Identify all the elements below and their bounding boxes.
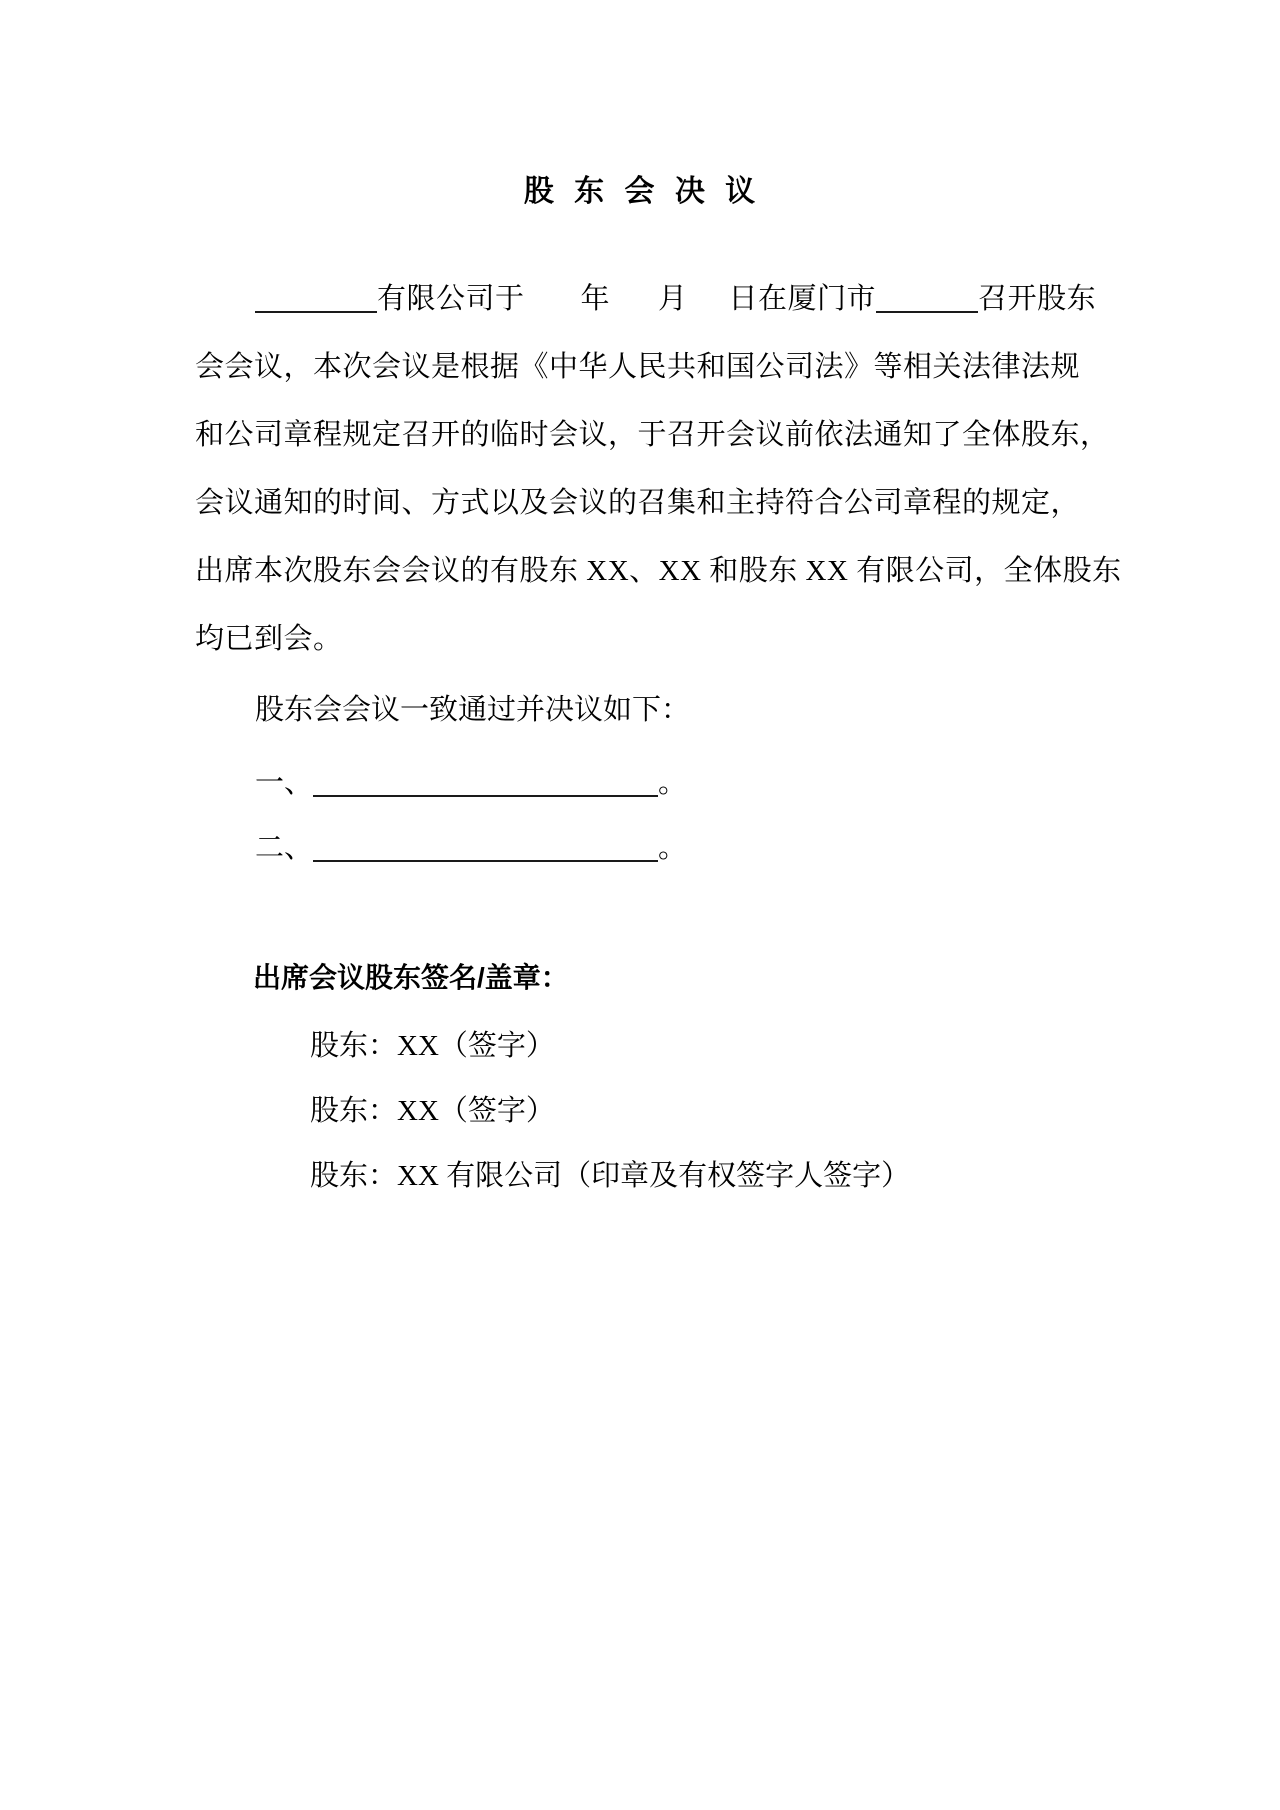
company-name-blank <box>255 285 377 313</box>
intro-line1-tail: 召开股东 <box>978 283 1096 315</box>
resolution-intro: 股东会会议一致通过并决议如下： <box>195 676 1090 744</box>
intro-line-2: 会会议，本次会议是根据《中华人民共和国公司法》等相关法律法规 <box>195 333 1090 401</box>
signature-line-1: 股东：XX（签字） <box>195 1014 1090 1079</box>
intro-line-5: 出席本次股东会会议的有股东 XX、XX 和股东 XX 有限公司，全体股东 <box>195 537 1090 605</box>
resolution-item-2-number: 二、 <box>255 832 313 864</box>
intro-line-1: 有限公司于年月日在厦门市召开股东 <box>195 265 1090 333</box>
resolution-item-2: 二、。 <box>195 817 1090 879</box>
resolution-item-1-blank <box>313 769 658 797</box>
intro-line-4: 会议通知的时间、方式以及会议的召集和主持符合公司章程的规定， <box>195 469 1090 537</box>
resolution-item-1-number: 一、 <box>255 767 313 799</box>
intro-line-3: 和公司章程规定召开的临时会议，于召开会议前依法通知了全体股东， <box>195 401 1090 469</box>
day-location-text: 日在厦门市 <box>729 283 877 315</box>
document-title: 股 东 会 决 议 <box>195 172 1090 212</box>
resolution-item-1-period: 。 <box>658 767 687 799</box>
signature-line-3: 股东：XX 有限公司（印章及有权签字人签字） <box>195 1144 1090 1209</box>
signature-line-2: 股东：XX（签字） <box>195 1079 1090 1144</box>
intro-line-6: 均已到会。 <box>195 605 1090 673</box>
month-label: 月 <box>658 283 688 315</box>
location-blank <box>876 285 978 313</box>
year-label: 年 <box>581 283 611 315</box>
resolution-item-2-blank <box>313 834 658 862</box>
document-page: 股 东 会 决 议 有限公司于年月日在厦门市召开股东 会会议，本次会议是根据《中… <box>0 0 1280 1810</box>
resolution-item-2-period: 。 <box>658 832 687 864</box>
signature-heading: 出席会议股东签名/盖章： <box>195 944 1090 1012</box>
resolution-item-1: 一、。 <box>195 752 1090 814</box>
company-suffix-text: 有限公司于 <box>377 283 525 315</box>
intro-paragraph: 有限公司于年月日在厦门市召开股东 会会议，本次会议是根据《中华人民共和国公司法》… <box>195 265 1090 673</box>
